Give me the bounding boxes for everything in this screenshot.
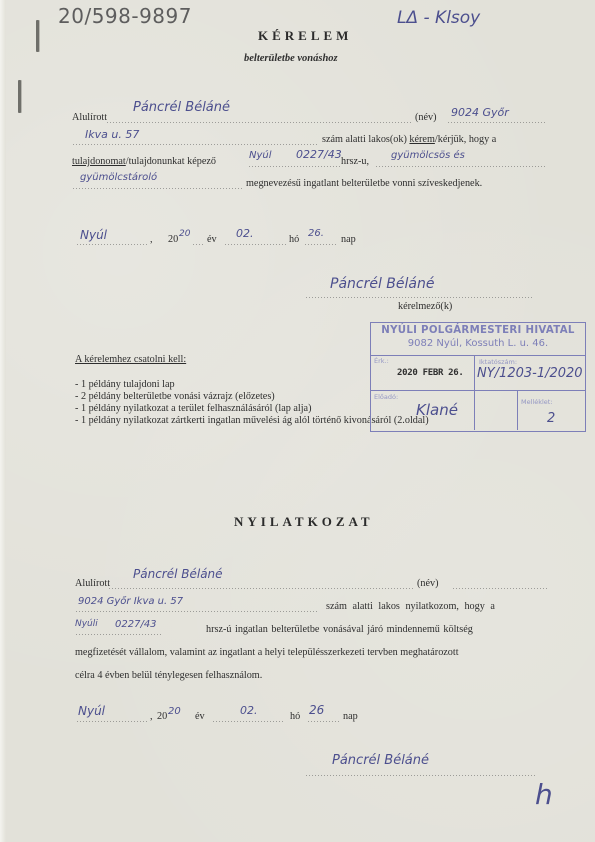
stamp-divider	[371, 355, 585, 356]
comma: ,	[150, 234, 153, 245]
name-field-line	[106, 122, 412, 123]
kerjuk-label: /kérjük, hogy a	[435, 134, 496, 145]
stamp-attachments-count: 2	[547, 411, 555, 426]
decl-address-field[interactable]: 9024 Győr Ikva u. 57	[78, 596, 183, 607]
stamp-office-address: 9082 Nyúl, Kossuth L. u. 46.	[371, 338, 585, 349]
decl-day-line	[307, 721, 341, 722]
hrsz-field[interactable]: 0227/43	[296, 148, 342, 161]
hrsz-label: hrsz-u,	[341, 156, 369, 167]
line4-suffix: megnevezésű ingatlant belterületbe vonni…	[246, 178, 482, 189]
month-field[interactable]: 02.	[236, 227, 254, 240]
signature-label: kérelmező(k)	[398, 301, 452, 312]
decl-hrsz-field[interactable]: 0227/43	[115, 619, 157, 630]
decl-line3-suffix: hrsz-ú ingatlan belterületbe vonásával j…	[206, 624, 473, 635]
decl-line4: megfizetését vállalom, valamint az ingat…	[75, 647, 459, 658]
type-field-line	[375, 166, 547, 167]
address-field-line	[72, 144, 318, 145]
decl-signature: Páncrél Béláné	[332, 753, 429, 768]
decl-signature-line	[305, 775, 535, 776]
zip-city-field[interactable]: 9024 Győr	[451, 106, 509, 119]
tulajdonomat-underlined: tulajdonomat	[72, 156, 126, 167]
zip-field-line	[447, 122, 547, 123]
decl-hrsz-line	[75, 634, 161, 635]
stamp-attachments-label: Melléklet:	[521, 398, 553, 406]
decl-year-field[interactable]: 20	[168, 706, 181, 717]
year-prefix: 20	[168, 234, 178, 245]
year-line	[192, 244, 204, 245]
alulirott-label: Alulírott	[72, 112, 107, 123]
line2-suffix: szám alatti lakos(ok) kérem/kérjük, hogy…	[322, 134, 496, 145]
decl-name-field[interactable]: Páncrél Béláné	[133, 567, 223, 581]
stamp-file-number: NY/1203-1/2020	[477, 366, 583, 381]
decl-month-line	[212, 721, 284, 722]
decl-year-prefix: 20	[157, 711, 167, 722]
stamp-divider	[474, 355, 475, 430]
decl-month-field[interactable]: 02.	[240, 704, 258, 717]
decl-address-line	[75, 611, 317, 612]
tulajdonunkat-label: /tulajdonunkat képező	[126, 156, 216, 167]
stamp-handler-label: Előadó:	[374, 393, 398, 401]
stamp-received-date: 2020 FEBR 26.	[397, 368, 464, 378]
decl-year-label: év	[195, 711, 205, 722]
decl-line2-suffix: szám alatti lakos nyilatkozom, hogy a	[326, 601, 495, 612]
decl-nev-label: (név)	[417, 578, 439, 589]
property-type-field-2[interactable]: gyümölcstároló	[80, 172, 157, 183]
decl-extra-line	[452, 588, 548, 589]
stamp-divider	[371, 390, 585, 391]
kerem-underlined: kérem	[409, 134, 434, 145]
year-field[interactable]: 20	[179, 229, 190, 239]
form-subtitle: belterületbe vonáshoz	[244, 53, 338, 64]
stamp-handler: Klané	[416, 401, 458, 419]
month-label: hó	[289, 234, 299, 245]
date-place-line	[76, 244, 148, 245]
attachment-item: - 1 példány tulajdoni lap	[75, 379, 175, 390]
decl-month-label: hó	[290, 711, 300, 722]
place-field[interactable]: Nyúl	[249, 150, 272, 161]
decl-date-place-field[interactable]: Nyúl	[78, 704, 105, 718]
applicant-signature: Páncrél Béláné	[330, 276, 434, 292]
stamp-received-label: Érk.:	[374, 357, 389, 365]
lakos-label: szám alatti lakos(ok)	[322, 134, 407, 145]
office-received-stamp: NYÚLI POLGÁRMESTERI HIVATAL 9082 Nyúl, K…	[370, 322, 586, 432]
year-label: év	[207, 234, 217, 245]
comma: ,	[150, 711, 153, 722]
declaration-title: NYILATKOZAT	[234, 514, 374, 530]
signature-line	[305, 297, 533, 298]
page-edge	[0, 0, 6, 842]
attachment-item: - 2 példány belterületbe vonási vázrajz …	[75, 391, 275, 402]
applicant-name-field[interactable]: Páncrél Béláné	[133, 100, 230, 115]
decl-name-line	[108, 588, 414, 589]
attachments-heading: A kérelemhez csatolni kell:	[75, 354, 186, 365]
address-field[interactable]: Ikva u. 57	[85, 128, 139, 141]
type2-field-line	[72, 188, 242, 189]
stamp-divider	[517, 390, 518, 430]
scanned-form-page: 20/598-9897 LΔ - Klsoy KÉRELEM belterüle…	[0, 0, 595, 842]
date-place-field[interactable]: Nyúl	[80, 228, 107, 242]
line3-prefix: tulajdonomat/tulajdonunkat képező	[72, 156, 216, 167]
decl-day-field[interactable]: 26	[309, 703, 324, 717]
stamp-office-name: NYÚLI POLGÁRMESTERI HIVATAL	[371, 325, 585, 336]
staple-mark-top	[36, 20, 39, 52]
stamp-file-number-label: Iktatószám:	[479, 358, 517, 366]
day-label: nap	[341, 234, 356, 245]
hrsz-field-line	[248, 166, 340, 167]
reference-number-handwritten: 20/598-9897	[58, 4, 192, 28]
property-type-field[interactable]: gyümölcsös és	[391, 150, 465, 161]
day-field[interactable]: 26.	[308, 228, 324, 239]
nev-label: (név)	[415, 112, 437, 123]
staple-mark-left	[18, 80, 21, 113]
form-title: KÉRELEM	[258, 28, 352, 44]
decl-day-label: nap	[343, 711, 358, 722]
decl-line5: célra 4 évben belül ténylegesen felhaszn…	[75, 670, 262, 681]
decl-alulirott-label: Alulírott	[75, 578, 110, 589]
month-line	[224, 244, 286, 245]
attachment-item: - 1 példány nyilatkozat a terület felhas…	[75, 403, 311, 414]
bottom-initial-handwritten: h	[535, 778, 553, 811]
decl-date-place-line	[76, 721, 148, 722]
day-line	[304, 244, 338, 245]
initials-handwritten: LΔ - Klsoy	[397, 8, 480, 28]
decl-place-field[interactable]: Nyúli	[75, 619, 98, 629]
